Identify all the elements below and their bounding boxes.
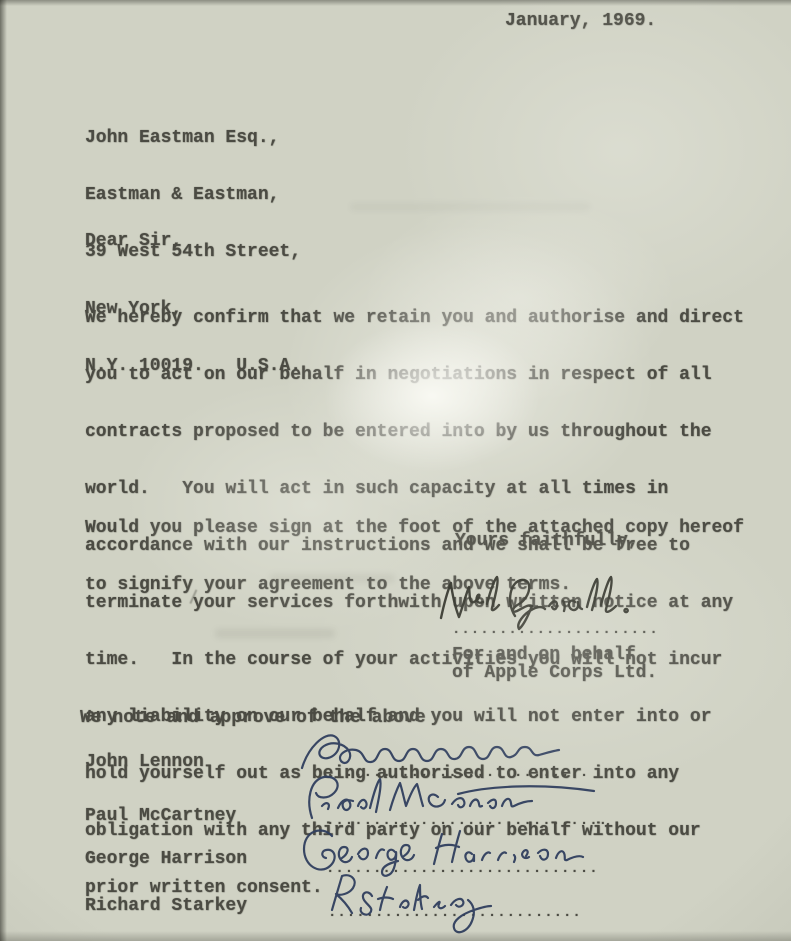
- ghost-impression: [215, 629, 335, 638]
- printed-name-richard-starkey: Richard Starkey: [85, 897, 247, 916]
- ghost-impression: [270, 574, 395, 583]
- signature-capacity-line-2: of Apple Corps Ltd.: [452, 664, 657, 683]
- valediction: Yours faithfully,: [455, 532, 639, 551]
- printed-name-john-lennon: John Lennon: [85, 753, 204, 772]
- ghost-impression: [350, 203, 590, 211]
- neil-aspinall-signature: [433, 574, 658, 632]
- recipient-address-line: John Eastman Esq.,: [85, 129, 301, 148]
- salutation: Dear Sir,: [85, 232, 182, 251]
- letter-photo: January, 1969. John Eastman Esq., Eastma…: [0, 0, 791, 941]
- letter-date: January, 1969.: [505, 12, 656, 31]
- body-line: contracts proposed to be entered into by…: [85, 423, 744, 442]
- richard-starkey-signature: [310, 868, 562, 941]
- body-line: We hereby confirm that we retain you and…: [85, 309, 744, 328]
- printed-name-paul-mccartney: Paul McCartney: [85, 807, 236, 826]
- body-line: Would you please sign at the foot of the…: [85, 519, 744, 538]
- body-line: you to act on our behalf in negotiations…: [85, 366, 744, 385]
- printed-name-george-harrison: George Harrison: [85, 850, 247, 869]
- recipient-address-line: Eastman & Eastman,: [85, 186, 301, 205]
